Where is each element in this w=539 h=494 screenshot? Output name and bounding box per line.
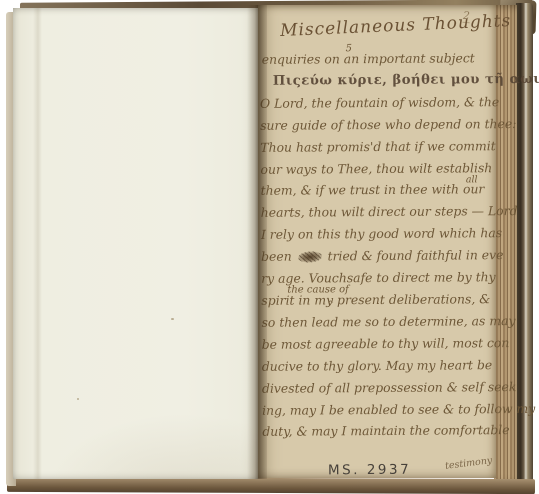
- manuscript-page: 2 Miscellaneous Thoughts 5 enquiries on …: [258, 5, 496, 478]
- manuscript-line: sure guide of those who depend on thee:: [260, 113, 493, 137]
- line-text: enquiries on an important subject: [262, 50, 475, 66]
- manuscript-line: our ways to Thee, thou wilt establish: [260, 157, 493, 181]
- manuscript-line: 5 enquiries on an important subject: [260, 47, 493, 71]
- manuscript-line-greek: Πιςεύω κύριε, βοήθει μου τῆ αωιςία: [260, 69, 493, 93]
- manuscript-text-block: 5 enquiries on an important subject Πιςε…: [260, 47, 496, 443]
- book-gutter-shadow: [247, 5, 267, 479]
- manuscript-line: hearts, thou wilt direct our steps — Lor…: [261, 201, 494, 225]
- interlinear-insertion: all: [466, 170, 478, 192]
- manuscript-line: be most agreeable to thy will, most con: [262, 332, 495, 356]
- photograph-of-open-manuscript-book: 2 Miscellaneous Thoughts 5 enquiries on …: [0, 0, 539, 494]
- shelfmark-number: MS. 2937: [328, 462, 411, 479]
- line-text: them, & if we trust in thee with: [261, 182, 459, 198]
- manuscript-line: so then lead me so to determine, as may: [261, 310, 494, 334]
- manuscript-line-with-deletion: been tried & found faithful in eve: [261, 244, 494, 268]
- manuscript-line: divested of all prepossession & self see…: [262, 376, 495, 400]
- manuscript-line: Thou hast promis'd that if we commit: [260, 135, 493, 159]
- manuscript-line: ing, may I be enabled to see & to follow…: [262, 398, 495, 422]
- page-speck: [171, 318, 174, 320]
- superscript-note: 5: [346, 38, 353, 60]
- manuscript-line-with-insertion: them, & if we trust in thee with all our: [261, 179, 494, 203]
- manuscript-line-with-insertion: the cause of ^ spirit in my present deli…: [261, 288, 494, 312]
- interlinear-insertion: the cause of: [287, 279, 349, 301]
- manuscript-line: duty, & may I maintain the comfortable: [262, 420, 495, 444]
- catchword: testimony: [444, 455, 492, 472]
- manuscript-line: O Lord, the fountain of wisdom, & the: [260, 91, 493, 115]
- inked-out-word: [297, 251, 322, 264]
- manuscript-line: I rely on this thy good word which has: [261, 222, 494, 246]
- blank-left-page: [13, 8, 258, 479]
- line-text: tried & found faithful in eve: [328, 247, 504, 263]
- page-speck: [77, 398, 79, 400]
- manuscript-line: ducive to thy glory. May my heart be: [262, 354, 495, 378]
- manuscript-title: Miscellaneous Thoughts: [280, 11, 512, 41]
- book-bottom-edge: [7, 477, 535, 494]
